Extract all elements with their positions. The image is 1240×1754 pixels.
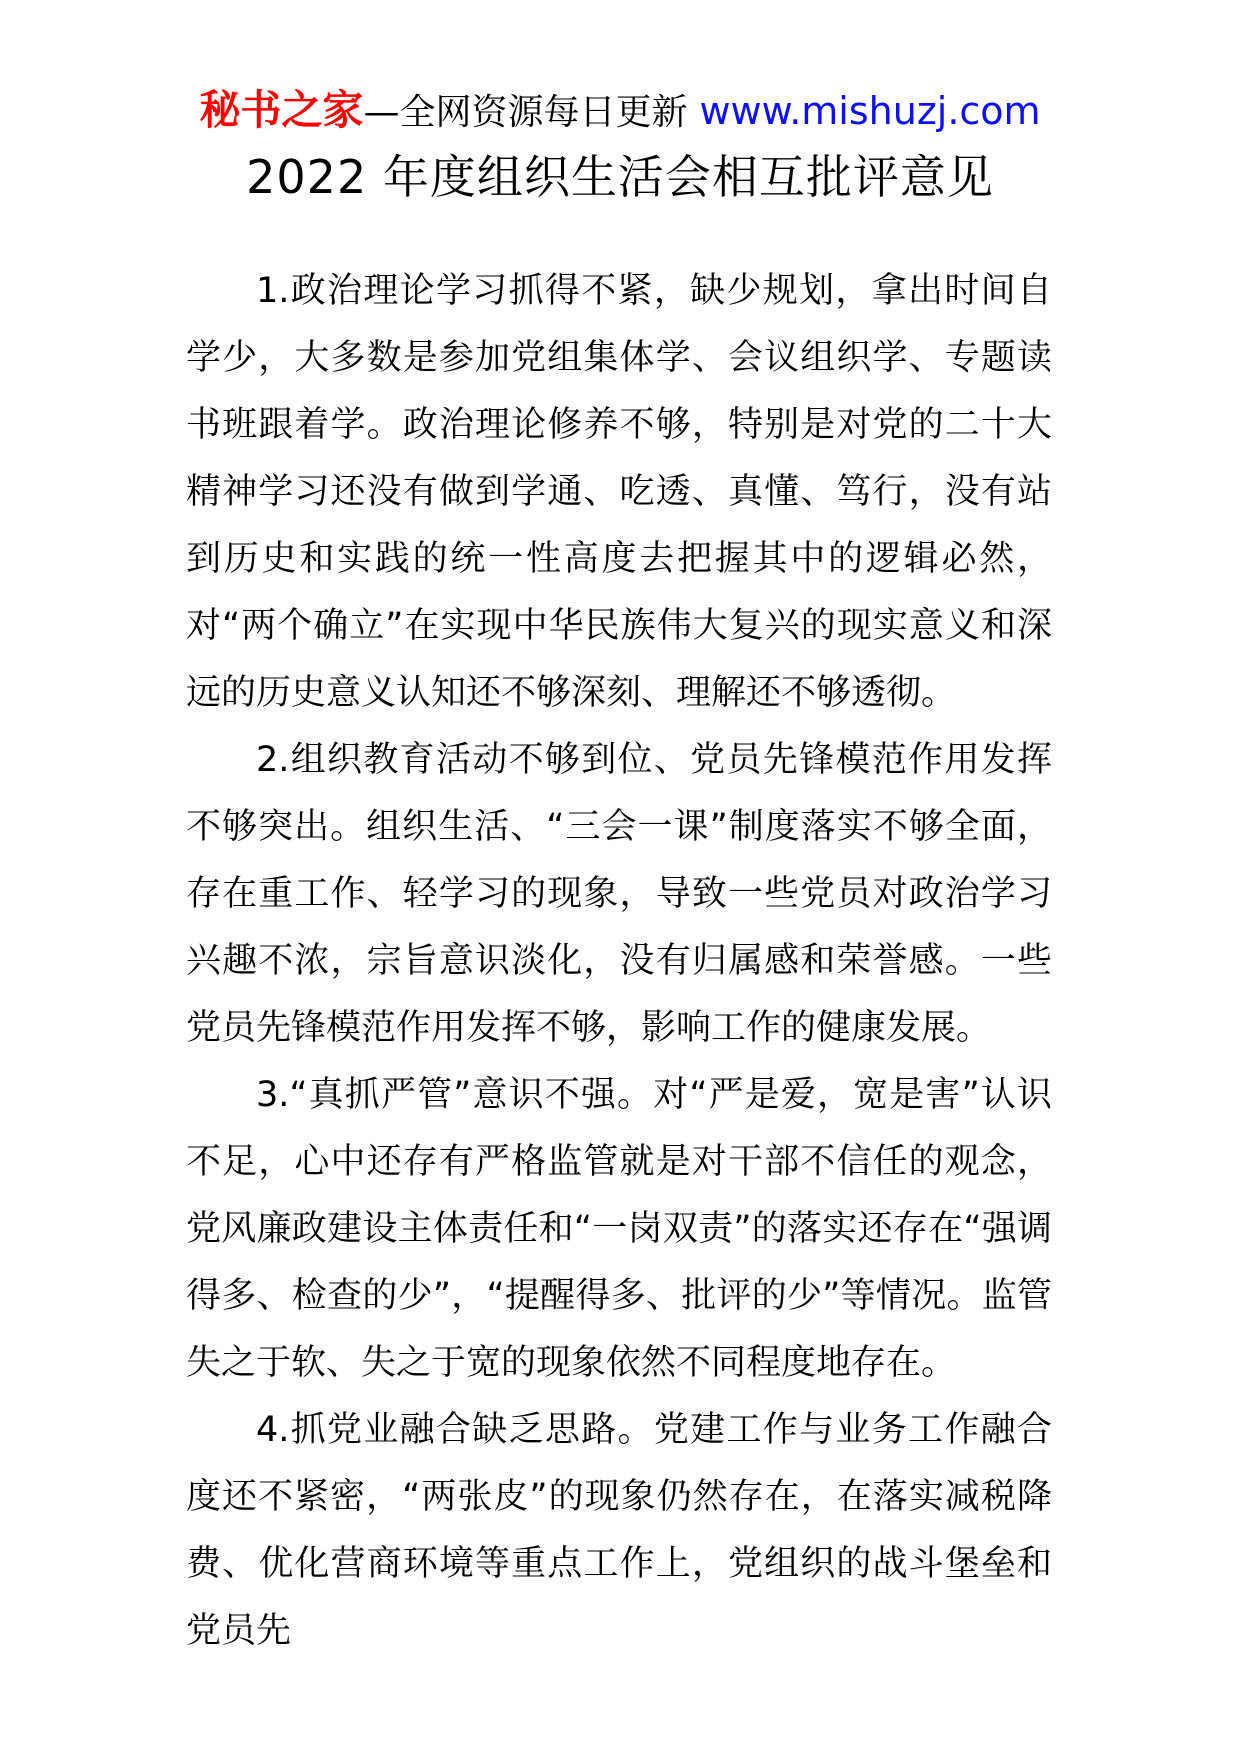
site-header: 秘书之家—全网资源每日更新www.mishuzj.com [0, 84, 1240, 139]
paragraph-1: 1.政治理论学习抓得不紧，缺少规划，拿出时间自学少，大多数是参加党组集体学、会议… [186, 258, 1052, 727]
document-body: 1.政治理论学习抓得不紧，缺少规划，拿出时间自学少，大多数是参加党组集体学、会议… [186, 258, 1052, 1665]
paragraph-4: 4.抓党业融合缺乏思路。党建工作与业务工作融合度还不紧密，“两张皮”的现象仍然存… [186, 1397, 1052, 1665]
document-page: 秘书之家—全网资源每日更新www.mishuzj.com 2022 年度组织生活… [0, 0, 1240, 1754]
site-url-link[interactable]: www.mishuzj.com [699, 89, 1040, 133]
document-title: 2022 年度组织生活会相互批评意见 [0, 142, 1240, 212]
site-brand: 秘书之家 [199, 86, 363, 134]
site-tagline: —全网资源每日更新 [363, 92, 687, 133]
paragraph-2: 2.组织教育活动不够到位、党员先锋模范作用发挥不够突出。组织生活、“三会一课”制… [186, 727, 1052, 1062]
paragraph-3: 3.“真抓严管”意识不强。对“严是爱，宽是害”认识不足，心中还存有严格监管就是对… [186, 1062, 1052, 1397]
